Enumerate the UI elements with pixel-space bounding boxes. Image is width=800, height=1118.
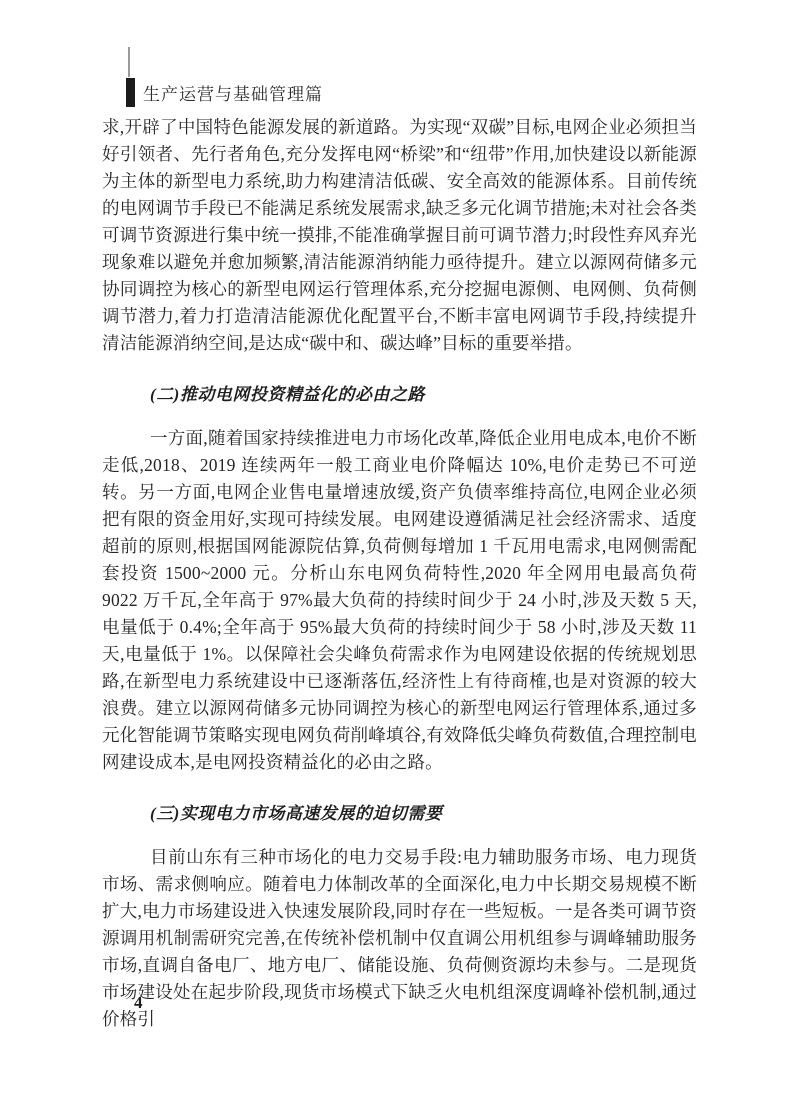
text-block: 求,开辟了中国特色能源发展的新道路。为实现“双碳”目标,电网企业必须担当好引领者…	[102, 114, 697, 1033]
section-heading-2: (二)推动电网投资精益化的必由之路	[102, 381, 697, 408]
paragraph-power-market: 目前山东有三种市场化的电力交易手段:电力辅助服务市场、电力现货市场、需求侧响应。…	[102, 844, 697, 1033]
header-thin-rule	[128, 47, 130, 77]
header-accent-bar	[126, 78, 135, 107]
page-number: 4	[134, 993, 143, 1013]
document-page: 生产运营与基础管理篇 求,开辟了中国特色能源发展的新道路。为实现“双碳”目标,电…	[0, 0, 800, 1118]
running-head-section-title: 生产运营与基础管理篇	[143, 83, 323, 107]
section-heading-3: (三)实现电力市场高速发展的迫切需要	[102, 800, 697, 827]
paragraph-continued: 求,开辟了中国特色能源发展的新道路。为实现“双碳”目标,电网企业必须担当好引领者…	[102, 114, 697, 357]
paragraph-grid-investment: 一方面,随着国家持续推进电力市场化改革,降低企业用电成本,电价不断走低,2018…	[102, 425, 697, 776]
